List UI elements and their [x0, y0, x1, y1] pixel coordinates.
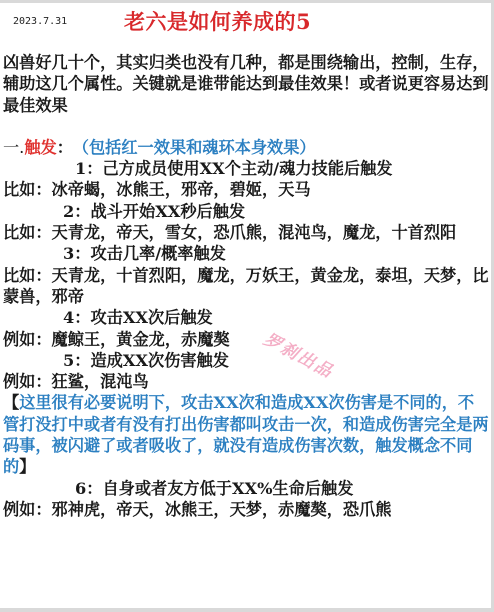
explanation-note: 【这里很有必要说明下，攻击XX次和造成XX次伤害是不同的，不管打没打中或者有没有… [3, 392, 489, 477]
trigger-item-4-label: 4：攻击XX次后触发 [3, 307, 489, 328]
document-title: 老六是如何养成的5 [124, 6, 311, 36]
trigger-item-2-label: 2：战斗开始XX秒后触发 [3, 201, 489, 222]
trigger-item-6-label: 6：自身或者友方低于XX%生命后触发 [3, 478, 489, 499]
trigger-item-3-label: 3：攻击几率/概率触发 [3, 243, 489, 264]
trigger-item-5-label: 5：造成XX次伤害触发 [3, 350, 489, 371]
explanation-open-bracket: 【 [3, 393, 19, 412]
trigger-item-6-examples: 例如：邪神虎，帝天，冰熊王，天梦，赤魔獒，恐爪熊 [3, 499, 489, 520]
section-heading-text: 触发 [24, 138, 56, 157]
trigger-item-5-examples: 例如：狂鲨，混沌鸟 [3, 371, 489, 392]
trigger-item-4-examples: 例如：魔鲸王，黄金龙，赤魔獒 [3, 329, 489, 350]
explanation-text: 这里很有必要说明下，攻击XX次和造成XX次伤害是不同的，不管打没打中或者有没有打… [3, 393, 489, 476]
document-header: 2023.7.31 老六是如何养成的5 [0, 3, 491, 43]
explanation-close-bracket: 】 [19, 457, 35, 476]
section-colon: ： [57, 138, 73, 157]
document-page: 2023.7.31 老六是如何养成的5 凶兽好几十个，其实归类也没有几种，都是围… [0, 3, 491, 608]
trigger-item-1-examples: 比如：冰帝蝎，冰熊王，邪帝，碧姬，天马 [3, 179, 489, 200]
document-date: 2023.7.31 [13, 16, 67, 27]
trigger-item-1-label: 1：己方成员使用XX个主动/魂力技能后触发 [3, 158, 489, 179]
section-note: （包括红一效果和魂环本身效果） [81, 138, 316, 157]
trigger-item-3-examples: 比如：天青龙，十首烈阳，魔龙，万妖王，黄金龙，泰坦，天梦，比蒙兽，邪帝 [3, 265, 489, 308]
intro-paragraph: 凶兽好几十个，其实归类也没有几种，都是围绕输出，控制，生存，辅助这几个属性。关键… [3, 52, 489, 116]
trigger-item-2-examples: 比如：天青龙，帝天，雪女，恐爪熊，混沌鸟，魔龙，十首烈阳 [3, 222, 489, 243]
document-body: 凶兽好几十个，其实归类也没有几种，都是围绕输出，控制，生存，辅助这几个属性。关键… [3, 52, 489, 520]
section-heading: 一.触发：（包括红一效果和魂环本身效果） [3, 137, 489, 158]
section-number: 一. [3, 138, 24, 157]
